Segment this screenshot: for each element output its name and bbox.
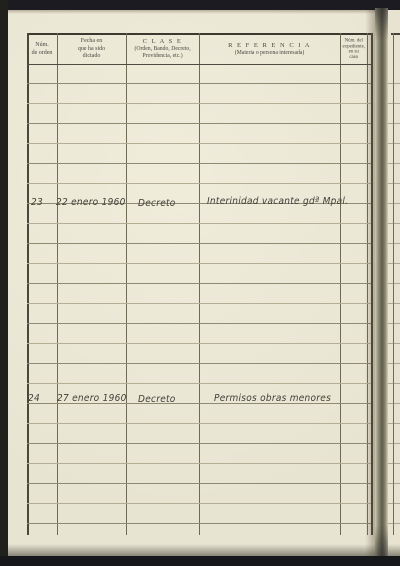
page-edge-shadow [365, 10, 375, 556]
ledger-row [27, 304, 371, 324]
header-expediente: Núm. del expediente, en su caso [340, 35, 367, 64]
header-label: Núm. de orden [32, 42, 53, 58]
entry-24-referencia: Permisos obras menores [214, 393, 331, 404]
ledger-row [388, 124, 400, 144]
ledger-row [27, 504, 371, 524]
ledger-row [27, 264, 371, 284]
page-edge-shadow [388, 544, 400, 556]
scan-border-top [0, 0, 400, 10]
entry-23-referencia: Interinidad vacante gdª Mpal. [207, 196, 348, 207]
header-label: Fecha en que ha sido dictado [78, 38, 105, 61]
ledger-row [388, 284, 400, 304]
ledger-row [388, 84, 400, 104]
ledger-row [27, 284, 371, 304]
ledger-row [388, 184, 400, 204]
header-subtitle: (Materia o persona interesada) [235, 50, 304, 57]
ledger-row [27, 444, 371, 464]
ledger-row [388, 244, 400, 264]
header-fecha: Fecha en que ha sido dictado [57, 35, 126, 64]
ledger-row [27, 104, 371, 124]
ledger-row [388, 224, 400, 244]
scan-border-bottom [0, 556, 400, 566]
adjacent-ledger-rows [388, 64, 400, 524]
ledger-row [388, 164, 400, 184]
header-title: C L A S E [143, 38, 183, 46]
header-label: Núm. del expediente, en su caso [342, 39, 365, 61]
entry-24-clase: Decreto [138, 394, 176, 405]
ledger-row [27, 424, 371, 444]
ledger-row [388, 484, 400, 504]
page-edge-shadow [8, 10, 375, 14]
ledger-row [27, 344, 371, 364]
adjacent-page-edge [388, 10, 400, 556]
header-clase: C L A S E (Orden, Bando, Decreto, Provid… [126, 35, 199, 64]
register-page: Núm. de orden Fecha en que ha sido dicta… [8, 10, 375, 556]
ledger-row [388, 444, 400, 464]
ledger-row [388, 464, 400, 484]
book-spine-shadow [375, 8, 388, 558]
ledger-row [27, 484, 371, 504]
ledger-rows [27, 64, 371, 524]
header-title: R E F E R E N C I A [228, 42, 311, 50]
header-subtitle: (Orden, Bando, Decreto, Providencia, etc… [134, 46, 190, 60]
ledger-row [27, 224, 371, 244]
ledger-row [27, 144, 371, 164]
ledger-row [388, 304, 400, 324]
ledger-row [388, 404, 400, 424]
ledger-row [27, 404, 371, 424]
ledger-row [388, 424, 400, 444]
ledger-row [27, 84, 371, 104]
entry-23-fecha: 22 enero 1960 [56, 197, 126, 208]
ledger-row [27, 164, 371, 184]
ledger-row [27, 124, 371, 144]
ledger-row [388, 364, 400, 384]
page-edge-shadow [8, 544, 375, 556]
ledger-row [388, 384, 400, 404]
ledger-row [388, 144, 400, 164]
header-num-orden: Núm. de orden [27, 35, 57, 64]
ledger-row [27, 364, 371, 384]
entry-24-num: 24 [28, 393, 40, 404]
ledger-row [388, 64, 400, 84]
ledger-row [27, 64, 371, 84]
scan-border-left [0, 0, 8, 566]
entry-23-num: 23 [31, 197, 43, 208]
ledger-row [388, 264, 400, 284]
table-header-row: Núm. de orden Fecha en que ha sido dicta… [27, 35, 371, 65]
ledger-row [27, 244, 371, 264]
ledger-row [388, 104, 400, 124]
ledger-row [388, 204, 400, 224]
header-referencia: R E F E R E N C I A (Materia o persona i… [199, 35, 340, 64]
entry-23-clase: Decreto [138, 198, 176, 209]
ledger-row [27, 464, 371, 484]
ledger-row [27, 324, 371, 344]
entry-24-fecha: 27 enero 1960 [57, 393, 127, 404]
ledger-row [388, 504, 400, 524]
scanned-register-page: Núm. de orden Fecha en que ha sido dicta… [0, 0, 400, 566]
ledger-row [388, 344, 400, 364]
ledger-row [388, 324, 400, 344]
